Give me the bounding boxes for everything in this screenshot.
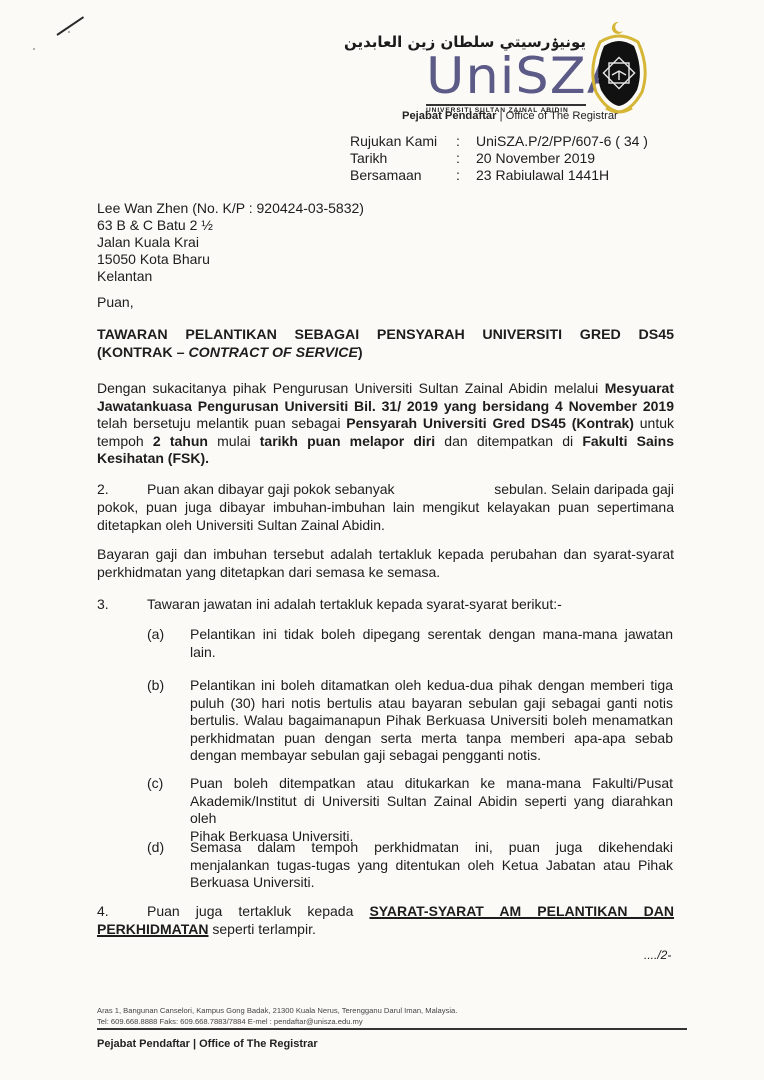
para-line: dengan membayar sebulan gaji sebagai pen… bbox=[190, 747, 673, 765]
separator: | bbox=[193, 1038, 196, 1050]
para-line: Berkuasa Universiti. bbox=[190, 874, 673, 892]
paragraph-4: Puan juga tertakluk kepada SYARAT-SYARAT… bbox=[147, 903, 674, 921]
para-line: perkhidmatan yang ditetapkan dari semasa… bbox=[97, 564, 674, 582]
paragraph-2: pokok, puan juga dibayar imbuhan-imbuhan… bbox=[97, 499, 674, 534]
para-line: lain. bbox=[190, 644, 673, 662]
underlined-heading: SYARAT-SYARAT AM PELANTIKAN DAN bbox=[369, 903, 674, 919]
logo-rule bbox=[426, 104, 586, 106]
separator: | bbox=[500, 110, 503, 122]
bold-text: Mesyuarat bbox=[605, 380, 674, 396]
subject-line: TAWARAN PELANTIKAN SEBAGAI PENSYARAH UNI… bbox=[97, 327, 674, 345]
subject-text: ) bbox=[358, 345, 363, 361]
ref-colon: : bbox=[456, 150, 476, 167]
text: Dengan sukacitanya pihak Pengurusan Univ… bbox=[97, 380, 605, 396]
contact-line: Tel: 609.668.8888 Faks: 609.668.7883/788… bbox=[97, 1016, 457, 1027]
para-number: 4. bbox=[97, 903, 109, 919]
para-line: menjalankan tugas-tugas yang ditentukan … bbox=[190, 857, 673, 875]
subject-line: (KONTRAK – CONTRACT OF SERVICE) bbox=[97, 345, 674, 363]
condition-c: Puan boleh ditempatkan atau ditukarkan k… bbox=[190, 775, 673, 845]
text: untuk bbox=[634, 415, 674, 431]
para-line: perkhidmatan puan dengan serta merta tan… bbox=[190, 730, 673, 748]
ref-label: Rujukan Kami bbox=[350, 133, 456, 150]
office-header: Pejabat Pendaftar | Office of The Regist… bbox=[402, 110, 618, 122]
item-label: (d) bbox=[147, 839, 164, 855]
recipient-block: Lee Wan Zhen (No. K/P : 920424-03-5832) … bbox=[97, 200, 364, 285]
para-line: bertulis. Walau bagaimanapun Pihak Berku… bbox=[190, 712, 673, 730]
recipient-name: Lee Wan Zhen (No. K/P : 920424-03-5832) bbox=[97, 200, 364, 217]
address-line: Kelantan bbox=[97, 268, 364, 285]
reference-row: Bersamaan : 23 Rabiulawal 1441H bbox=[350, 167, 648, 184]
logo-wordmark: UniSZA bbox=[426, 50, 594, 102]
footer-address: Aras 1, Bangunan Canselori, Kampus Gong … bbox=[97, 1005, 457, 1027]
ref-value: UniSZA.P/2/PP/607-6 ( 34 ) bbox=[476, 133, 648, 150]
subject-italic: CONTRACT OF SERVICE bbox=[188, 345, 357, 361]
reference-row: Tarikh : 20 November 2019 bbox=[350, 150, 648, 167]
subject-heading: TAWARAN PELANTIKAN SEBAGAI PENSYARAH UNI… bbox=[97, 327, 674, 362]
ref-label: Bersamaan bbox=[350, 167, 456, 184]
text: Puan juga tertakluk kepada bbox=[147, 903, 369, 919]
ref-colon: : bbox=[456, 167, 476, 184]
university-logo: يونيۏرسيتي سلطان زين العابدين UniSZA UNI… bbox=[424, 20, 654, 120]
para-line: Dengan sukacitanya pihak Pengurusan Univ… bbox=[97, 380, 674, 398]
text: telah bersetuju melantik puan sebagai bbox=[97, 415, 346, 431]
item-label: (a) bbox=[147, 626, 164, 642]
address-line: 63 B & C Batu 2 ½ bbox=[97, 217, 364, 234]
condition-d: Semasa dalam tempoh perkhidmatan ini, pu… bbox=[190, 839, 673, 892]
bold-text: tarikh puan melapor diri bbox=[260, 433, 435, 449]
speck bbox=[33, 48, 35, 50]
office-name-ms: Pejabat Pendaftar bbox=[402, 110, 497, 122]
condition-a: Pelantikan ini tidak boleh dipegang sere… bbox=[190, 626, 673, 661]
ref-value: 20 November 2019 bbox=[476, 150, 595, 167]
para-line: Puan boleh ditempatkan atau ditukarkan k… bbox=[190, 775, 673, 793]
speck bbox=[68, 31, 70, 33]
office-name-en: Office of The Registrar bbox=[199, 1038, 318, 1050]
para-line: telah bersetuju melantik puan sebagai Pe… bbox=[97, 415, 674, 433]
item-label: (b) bbox=[147, 677, 164, 693]
address-line: 15050 Kota Bharu bbox=[97, 251, 364, 268]
para-line: Pelantikan ini tidak boleh dipegang sere… bbox=[190, 626, 673, 644]
para-line: Jawatankuasa Pengurusan Universiti Bil. … bbox=[97, 398, 674, 416]
salutation: Puan, bbox=[97, 294, 134, 312]
ref-colon: : bbox=[456, 133, 476, 150]
para-line: puluh (30) hari notis bertulis atau baya… bbox=[190, 695, 673, 713]
ref-label: Tarikh bbox=[350, 150, 456, 167]
text: mulai bbox=[208, 433, 260, 449]
para-line: PERKHIDMATAN seperti terlampir. bbox=[97, 921, 316, 939]
para-line: Puan akan dibayar gaji pokok sebanyak bbox=[147, 481, 395, 499]
bold-text: 2 tahun bbox=[153, 433, 208, 449]
para-line: Kesihatan (FSK). bbox=[97, 450, 674, 468]
condition-b: Pelantikan ini boleh ditamatkan oleh ked… bbox=[190, 677, 673, 765]
subject-text: (KONTRAK – bbox=[97, 345, 188, 361]
para-number: 3. bbox=[97, 596, 109, 612]
reference-block: Rujukan Kami : UniSZA.P/2/PP/607-6 ( 34 … bbox=[350, 133, 648, 184]
para-line: Semasa dalam tempoh perkhidmatan ini, pu… bbox=[190, 839, 673, 857]
paragraph-2b: Bayaran gaji dan imbuhan tersebut adalah… bbox=[97, 546, 674, 581]
paragraph-1: Dengan sukacitanya pihak Pengurusan Univ… bbox=[97, 380, 674, 468]
ref-value: 23 Rabiulawal 1441H bbox=[476, 167, 609, 184]
office-name-en: Office of The Registrar bbox=[506, 110, 618, 122]
para-line: ditetapkan oleh Universiti Sultan Zainal… bbox=[97, 517, 674, 535]
office-name-ms: Pejabat Pendaftar bbox=[97, 1038, 190, 1050]
address-line: Jalan Kuala Krai bbox=[97, 234, 364, 251]
footer-rule bbox=[97, 1028, 687, 1030]
para-line: tempoh 2 tahun mulai tarikh puan melapor… bbox=[97, 433, 674, 451]
para-line: Akademik/Institut di Universiti Sultan Z… bbox=[190, 793, 673, 828]
para-number: 2. bbox=[97, 481, 109, 497]
para-line: Tawaran jawatan ini adalah tertakluk kep… bbox=[147, 596, 562, 614]
para-line: Pelantikan ini boleh ditamatkan oleh ked… bbox=[190, 677, 673, 695]
pen-mark bbox=[56, 16, 84, 36]
university-crest-icon bbox=[586, 20, 652, 116]
item-label: (c) bbox=[147, 775, 163, 791]
address-line: Aras 1, Bangunan Canselori, Kampus Gong … bbox=[97, 1005, 457, 1016]
text: seperti terlampir. bbox=[208, 921, 315, 937]
reference-row: Rujukan Kami : UniSZA.P/2/PP/607-6 ( 34 … bbox=[350, 133, 648, 150]
para-line: pokok, puan juga dibayar imbuhan-imbuhan… bbox=[97, 499, 674, 517]
page-continuation: ..../2- bbox=[644, 948, 671, 962]
bold-text: Fakulti Sains bbox=[582, 433, 674, 449]
para-line: Bayaran gaji dan imbuhan tersebut adalah… bbox=[97, 546, 674, 564]
bold-text: Pensyarah Universiti Gred DS45 (Kontrak) bbox=[346, 415, 634, 431]
text: dan ditempatkan di bbox=[435, 433, 582, 449]
underlined-heading: PERKHIDMATAN bbox=[97, 921, 208, 937]
footer-office: Pejabat Pendaftar | Office of The Regist… bbox=[97, 1038, 318, 1050]
para-line: sebulan. Selain daripada gaji bbox=[481, 481, 674, 499]
text: tempoh bbox=[97, 433, 153, 449]
para-line: Puan juga tertakluk kepada SYARAT-SYARAT… bbox=[147, 903, 674, 921]
